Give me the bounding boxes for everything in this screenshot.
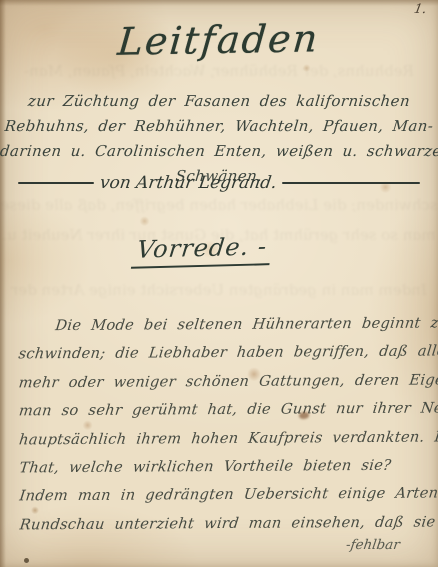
section-heading-block: Vorrede. - — [0, 234, 438, 267]
preface-paragraph: Die Mode bei seltenen Hühnerarten beginn… — [0, 309, 438, 539]
bleed-through-text: Rebhuhns, der Rebhühner, Wachteln, Pfaue… — [0, 62, 438, 80]
byline-rule-left — [18, 182, 94, 184]
body-line: Indem man in gedrängten Uebersicht einig… — [18, 480, 428, 511]
byline: von Arthur Legrand. — [0, 173, 438, 193]
subtitle-line: darinen u. Carolinischen Enten, weißen u… — [0, 139, 438, 164]
body-line: That, welche wirklichen Vortheile bieten… — [18, 452, 428, 483]
subtitle-line: zur Züchtung der Fasanen des kalifornisc… — [0, 89, 438, 114]
subtitle-line: Rebhuhns, der Rebhühner, Wachteln, Pfaue… — [0, 114, 438, 139]
bleed-through-text: Indem man in gedrängten Uebersicht einig… — [0, 281, 438, 299]
page-number: 1. — [412, 2, 427, 17]
title-block: Leitfaden — [0, 18, 438, 62]
body-line: Die Mode bei seltenen Hühnerarten beginn… — [17, 310, 427, 341]
body-line: schwinden; die Liebhaber haben begriffen… — [17, 338, 427, 369]
byline-author: von Arthur Legrand. — [92, 173, 283, 193]
bleed-through-text: schwinden; die Liebhaber haben begriffen… — [0, 196, 438, 214]
manuscript-page: Rebhuhns, der Rebhühner, Wachteln, Pfaue… — [0, 0, 438, 567]
foxing-spot — [24, 558, 29, 563]
body-line: man so sehr gerühmt hat, die Gunst nur i… — [17, 395, 427, 426]
body-line: mehr oder weniger schönen Gattungen, der… — [17, 366, 427, 397]
catchword: -fehlbar — [345, 537, 401, 553]
page-title: Leitfaden — [116, 16, 321, 64]
body-line: hauptsächlich ihrem hohen Kaufpreis verd… — [17, 423, 427, 454]
body-line: Rundschau unterzieht wird man einsehen, … — [18, 508, 428, 539]
byline-rule-right — [282, 182, 420, 184]
section-heading: Vorrede. - — [131, 232, 273, 269]
